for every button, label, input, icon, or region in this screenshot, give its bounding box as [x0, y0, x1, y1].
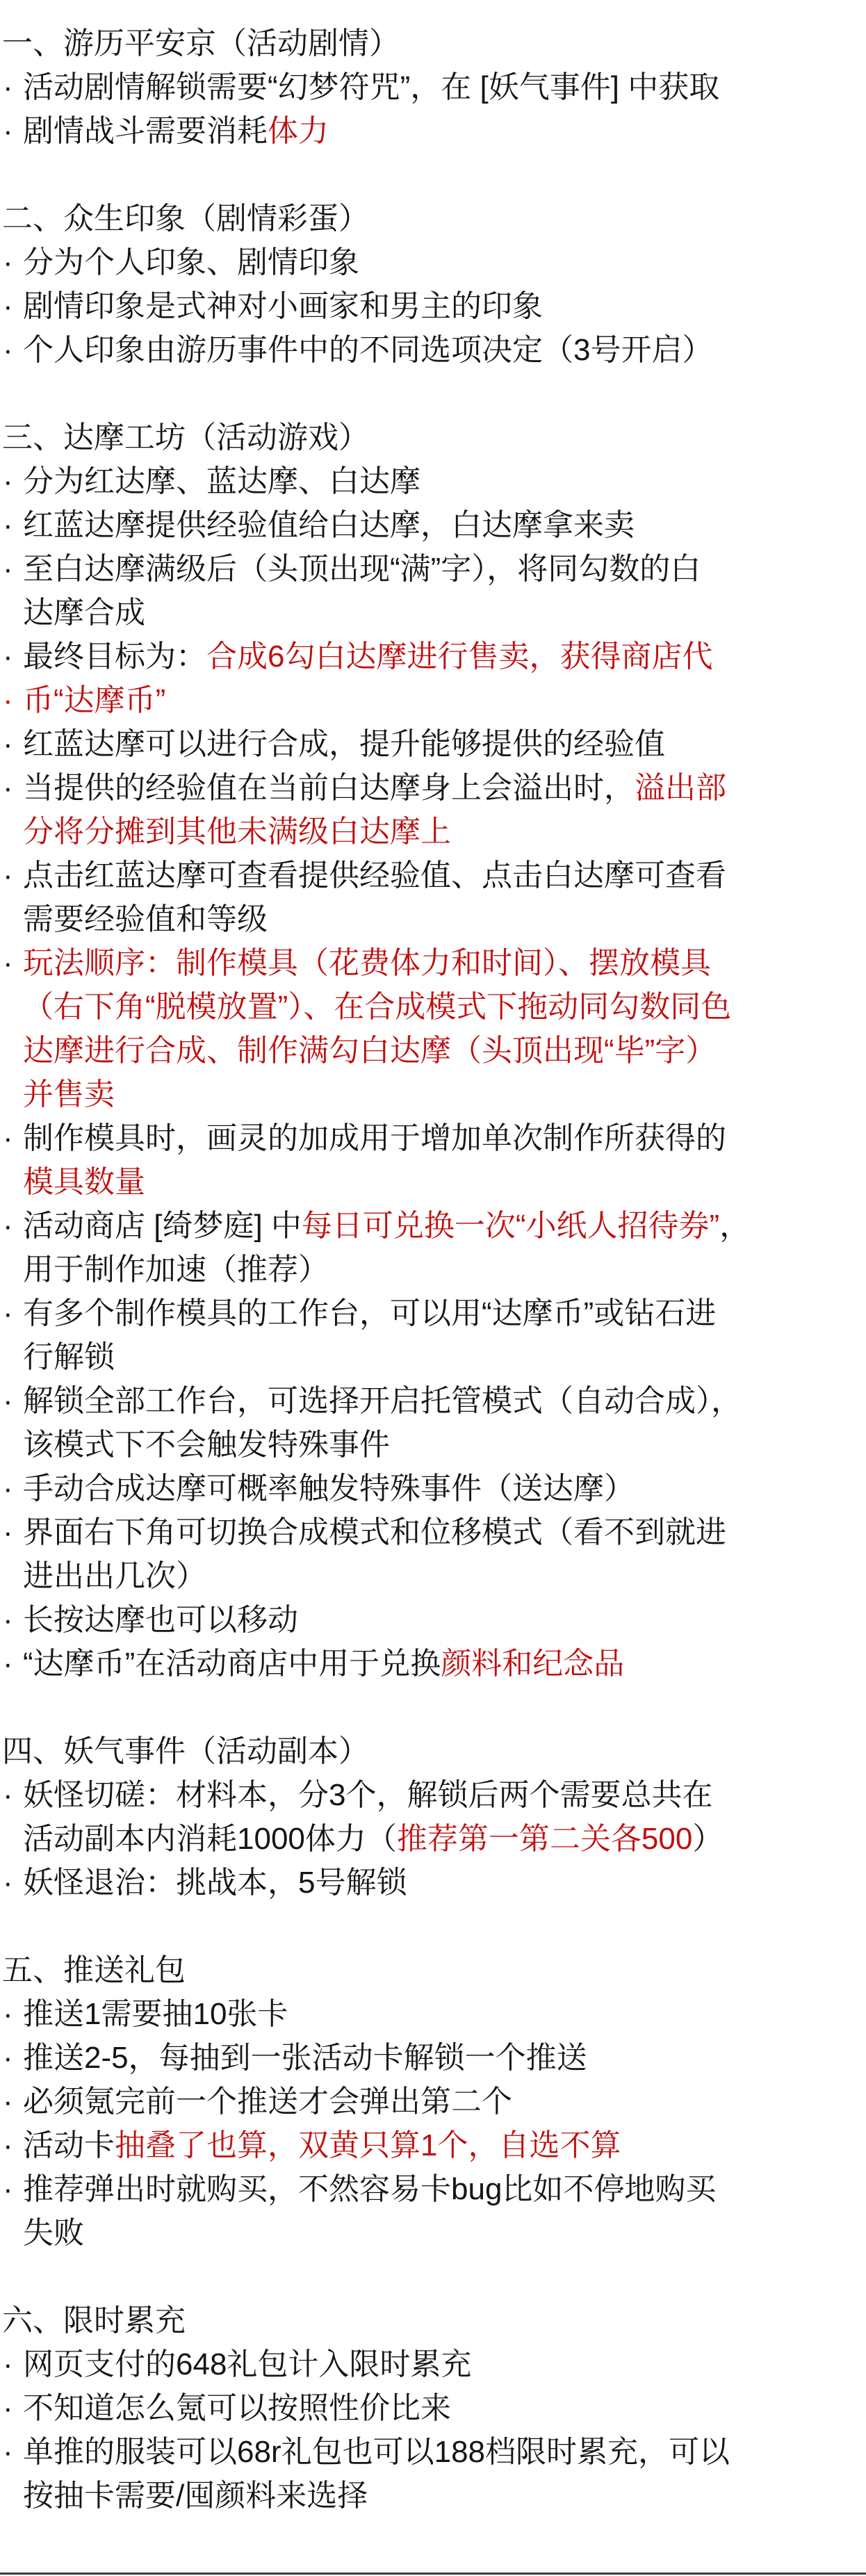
bullet-dot-icon: · [3, 503, 13, 547]
note-line: ·推荐弹出时就购买，不然容易卡bug比如不停地购买 [0, 2167, 866, 2211]
note-line: ·个人印象由游历事件中的不同选项决定（3号开启） [0, 328, 866, 372]
note-line: 分将分摊到其他未满级白达摩上 [0, 810, 866, 854]
bullet-dot-icon: · [3, 2167, 13, 2211]
bullet-dot-icon: · [3, 722, 13, 766]
body-text: “达摩币”在活动商店中用于兑换 [23, 1647, 441, 1681]
note-line: （右下角“脱模放置”）、在合成模式下拖动同勾数同色 [0, 985, 866, 1029]
body-text: 分为红达摩、蓝达摩、白达摩 [23, 464, 420, 498]
section-lines: ·网页支付的648礼包计入限时累充·不知道怎么氪可以按照性价比来·单推的服装可以… [0, 2342, 866, 2518]
note-line: ·推送1需要抽10张卡 [0, 1992, 866, 2036]
notes-document: 一、游历平安京（活动剧情） ·活动剧情解锁需要“幻梦符咒”，在 [妖气事件] 中… [0, 22, 866, 2518]
bullet-dot-icon: · [3, 2080, 13, 2123]
bullet-dot-icon: · [3, 2342, 13, 2386]
body-text: 推送1需要抽10张卡 [23, 1997, 288, 2031]
body-text: 推荐弹出时就购买，不然容易卡bug比如不停地购买 [23, 2172, 716, 2206]
note-line: ·至白达摩满级后（头顶出现“满”字），将同勾数的白 [0, 547, 866, 591]
highlight-text: （右下角“脱模放置”）、在合成模式下拖动同勾数同色 [23, 990, 731, 1024]
note-line: 用于制作加速（推荐） [0, 1248, 866, 1291]
section-tuisong-libao: 五、推送礼包 ·推送1需要抽10张卡·推送2-5，每抽到一张活动卡解锁一个推送·… [0, 1948, 866, 2255]
body-text: 剧情战斗需要消耗 [23, 114, 268, 148]
note-line: 该模式下不会触发特殊事件 [0, 1423, 866, 1467]
body-text: 最终目标为： [23, 639, 206, 674]
body-text: 妖怪退治：挑战本，5号解锁 [23, 1866, 407, 1900]
note-line: ·活动剧情解锁需要“幻梦符咒”，在 [妖气事件] 中获取 [0, 65, 866, 109]
bullet-dot-icon: · [3, 2036, 13, 2080]
body-text: 单推的服装可以68r礼包也可以188档限时累充，可以 [23, 2435, 730, 2469]
note-line: ·“达摩币”在活动商店中用于兑换颜料和纪念品 [0, 1642, 866, 1686]
note-line: ·必须氪完前一个推送才会弹出第二个 [0, 2080, 866, 2123]
section-lines: ·推送1需要抽10张卡·推送2-5，每抽到一张活动卡解锁一个推送·必须氪完前一个… [0, 1992, 866, 2255]
note-line: ·剧情印象是式神对小画家和男主的印象 [0, 284, 866, 328]
bullet-dot-icon: · [3, 2123, 13, 2167]
section-title: 六、限时累充 [0, 2299, 866, 2342]
bullet-dot-icon: · [3, 1379, 13, 1423]
highlight-text: 达摩进行合成、制作满勾白达摩（头顶出现“毕”字） [23, 1034, 716, 1068]
highlight-text: 抽叠了也算，双黄只算1个，自选不算 [115, 2128, 621, 2162]
note-line: ·玩法顺序：制作模具（花费体力和时间）、摆放模具 [0, 941, 866, 985]
note-line: ·分为红达摩、蓝达摩、白达摩 [0, 459, 866, 503]
section-xianshi-leichong: 六、限时累充 ·网页支付的648礼包计入限时累充·不知道怎么氪可以按照性价比来·… [0, 2299, 866, 2518]
highlight-text: 并售卖 [23, 1077, 115, 1111]
body-text: 必须氪完前一个推送才会弹出第二个 [23, 2085, 512, 2119]
section-title: 四、妖气事件（活动副本） [0, 1729, 866, 1773]
note-line: ·点击红蓝达摩可查看提供经验值、点击白达摩可查看 [0, 854, 866, 897]
highlight-text: 合成6勾白达摩进行售卖，获得商店代 [206, 639, 712, 674]
note-line: 并售卖 [0, 1073, 866, 1116]
note-line: ·最终目标为：合成6勾白达摩进行售卖，获得商店代 [0, 635, 866, 678]
note-line: ·网页支付的648礼包计入限时累充 [0, 2342, 866, 2386]
bullet-dot-icon: · [3, 2386, 13, 2430]
bullet-dot-icon: · [3, 1598, 13, 1642]
note-line: ·推送2-5，每抽到一张活动卡解锁一个推送 [0, 2036, 866, 2080]
highlight-text: 币“达摩币” [23, 683, 165, 717]
highlight-text: 颜料和纪念品 [441, 1647, 624, 1681]
note-line: ·分为个人印象、剧情印象 [0, 241, 866, 284]
highlight-text: 模具数量 [23, 1165, 145, 1199]
note-line: ·手动合成达摩可概率触发特殊事件（送达摩） [0, 1467, 866, 1510]
body-text: 至白达摩满级后（头顶出现“满”字），将同勾数的白 [23, 552, 701, 586]
bullet-dot-icon: · [3, 328, 13, 372]
highlight-text: 玩法顺序：制作模具（花费体力和时间）、摆放模具 [23, 946, 711, 980]
highlight-text: 体力 [268, 114, 329, 148]
note-line: ·活动卡抽叠了也算，双黄只算1个，自选不算 [0, 2123, 866, 2167]
section-lines: ·分为红达摩、蓝达摩、白达摩·红蓝达摩提供经验值给白达摩，白达摩拿来卖·至白达摩… [0, 459, 866, 1686]
bullet-dot-icon: · [3, 241, 13, 284]
body-text: 制作模具时，画灵的加成用于增加单次制作所获得的 [23, 1121, 726, 1155]
section-title: 五、推送礼包 [0, 1948, 866, 1992]
note-line: 失败 [0, 2211, 866, 2255]
body-text: 不知道怎么氪可以按照性价比来 [23, 2391, 451, 2425]
highlight-text: 每日可兑换一次“小纸人招待券” [302, 1209, 719, 1243]
body-text: 失败 [23, 2216, 84, 2250]
note-line: 进出出几次） [0, 1554, 866, 1598]
note-line: ·活动商店 [绮梦庭] 中每日可兑换一次“小纸人招待券”， [0, 1204, 866, 1248]
body-text: 手动合成达摩可概率触发特殊事件（送达摩） [23, 1472, 635, 1506]
note-line: 按抽卡需要/囤颜料来选择 [0, 2474, 866, 2518]
bullet-dot-icon: · [3, 854, 13, 897]
body-text: 妖怪切磋：材料本，分3个，解锁后两个需要总共在 [23, 1778, 712, 1812]
body-text: 需要经验值和等级 [23, 902, 268, 936]
note-line: ·有多个制作模具的工作台，可以用“达摩币”或钻石进 [0, 1291, 866, 1335]
body-text: 该模式下不会触发特殊事件 [23, 1428, 390, 1462]
note-line: ·币“达摩币” [0, 678, 866, 722]
bullet-dot-icon: · [3, 65, 13, 109]
bottom-divider [0, 2573, 866, 2575]
body-text: ， [719, 1209, 750, 1243]
body-text: 红蓝达摩提供经验值给白达摩，白达摩拿来卖 [23, 508, 635, 542]
bullet-dot-icon: · [3, 109, 13, 153]
bullet-dot-icon: · [3, 547, 13, 591]
section-lines: ·妖怪切磋：材料本，分3个，解锁后两个需要总共在活动副本内消耗1000体力（推荐… [0, 1773, 866, 1905]
bullet-dot-icon: · [3, 766, 13, 810]
bullet-dot-icon: · [3, 1861, 13, 1905]
bullet-dot-icon: · [3, 1467, 13, 1510]
body-text: 行解锁 [23, 1340, 115, 1374]
note-line: 模具数量 [0, 1160, 866, 1204]
note-line: 行解锁 [0, 1335, 866, 1379]
body-text: 推送2-5，每抽到一张活动卡解锁一个推送 [23, 2041, 587, 2075]
note-line: ·长按达摩也可以移动 [0, 1598, 866, 1642]
note-line: 活动副本内消耗1000体力（推荐第一第二关各500） [0, 1817, 866, 1861]
body-text: 界面右下角可切换合成模式和位移模式（看不到就进 [23, 1515, 726, 1549]
bullet-dot-icon: · [3, 284, 13, 328]
note-line: 达摩合成 [0, 591, 866, 635]
section-title: 一、游历平安京（活动剧情） [0, 22, 866, 65]
body-text: 活动剧情解锁需要“幻梦符咒”，在 [妖气事件] 中获取 [23, 70, 719, 104]
note-line: ·解锁全部工作台，可选择开启托管模式（自动合成）， [0, 1379, 866, 1423]
bullet-dot-icon: · [3, 1992, 13, 2036]
bullet-dot-icon: · [3, 678, 13, 722]
highlight-text: 溢出部 [635, 771, 726, 805]
note-line: ·红蓝达摩可以进行合成，提升能够提供的经验值 [0, 722, 866, 766]
body-text: 进出出几次） [23, 1559, 206, 1593]
note-line: ·红蓝达摩提供经验值给白达摩，白达摩拿来卖 [0, 503, 866, 547]
note-line: ·妖怪退治：挑战本，5号解锁 [0, 1861, 866, 1905]
body-text: 按抽卡需要/囤颜料来选择 [23, 2479, 368, 2513]
body-text: 红蓝达摩可以进行合成，提升能够提供的经验值 [23, 727, 665, 761]
body-text: 用于制作加速（推荐） [23, 1253, 329, 1287]
highlight-text: 分将分摊到其他未满级白达摩上 [23, 815, 451, 849]
section-youli-pinganjing: 一、游历平安京（活动剧情） ·活动剧情解锁需要“幻梦符咒”，在 [妖气事件] 中… [0, 22, 866, 153]
note-line: ·不知道怎么氪可以按照性价比来 [0, 2386, 866, 2430]
note-line: ·当提供的经验值在当前白达摩身上会溢出时，溢出部 [0, 766, 866, 810]
note-line: ·妖怪切磋：材料本，分3个，解锁后两个需要总共在 [0, 1773, 866, 1817]
section-yaoqi-shijian: 四、妖气事件（活动副本） ·妖怪切磋：材料本，分3个，解锁后两个需要总共在活动副… [0, 1729, 866, 1905]
section-zhongsheng-yinxiang: 二、众生印象（剧情彩蛋） ·分为个人印象、剧情印象·剧情印象是式神对小画家和男主… [0, 197, 866, 372]
note-line: ·制作模具时，画灵的加成用于增加单次制作所获得的 [0, 1116, 866, 1160]
body-text: 长按达摩也可以移动 [23, 1603, 298, 1637]
section-damo-gongfang: 三、达摩工坊（活动游戏） ·分为红达摩、蓝达摩、白达摩·红蓝达摩提供经验值给白达… [0, 416, 866, 1686]
bullet-dot-icon: · [3, 1291, 13, 1335]
bullet-dot-icon: · [3, 1642, 13, 1686]
note-line: 达摩进行合成、制作满勾白达摩（头顶出现“毕”字） [0, 1029, 866, 1073]
bullet-dot-icon: · [3, 1116, 13, 1160]
bullet-dot-icon: · [3, 635, 13, 678]
body-text: 活动卡 [23, 2128, 115, 2162]
body-text: 剧情印象是式神对小画家和男主的印象 [23, 289, 543, 323]
body-text: 点击红蓝达摩可查看提供经验值、点击白达摩可查看 [23, 858, 726, 892]
body-text: 达摩合成 [23, 596, 145, 630]
body-text: 分为个人印象、剧情印象 [23, 245, 359, 279]
note-line: 需要经验值和等级 [0, 897, 866, 941]
body-text: 解锁全部工作台，可选择开启托管模式（自动合成）， [23, 1384, 742, 1418]
highlight-text: 推荐第一第二关各500 [397, 1822, 692, 1856]
section-lines: ·活动剧情解锁需要“幻梦符咒”，在 [妖气事件] 中获取·剧情战斗需要消耗体力 [0, 65, 866, 153]
section-title: 三、达摩工坊（活动游戏） [0, 416, 866, 459]
body-text: 活动副本内消耗1000体力（ [23, 1822, 397, 1856]
note-line: ·剧情战斗需要消耗体力 [0, 109, 866, 153]
body-text: 当提供的经验值在当前白达摩身上会溢出时， [23, 771, 635, 805]
bullet-dot-icon: · [3, 1204, 13, 1248]
note-line: ·单推的服装可以68r礼包也可以188档限时累充，可以 [0, 2430, 866, 2474]
body-text: 个人印象由游历事件中的不同选项决定（3号开启） [23, 333, 712, 367]
section-title: 二、众生印象（剧情彩蛋） [0, 197, 866, 241]
section-lines: ·分为个人印象、剧情印象·剧情印象是式神对小画家和男主的印象·个人印象由游历事件… [0, 241, 866, 372]
bullet-dot-icon: · [3, 941, 13, 985]
bullet-dot-icon: · [3, 1773, 13, 1817]
body-text: 网页支付的648礼包计入限时累充 [23, 2347, 471, 2381]
bullet-dot-icon: · [3, 1510, 13, 1554]
body-text: ） [692, 1822, 723, 1856]
body-text: 活动商店 [绮梦庭] 中 [23, 1209, 302, 1243]
bullet-dot-icon: · [3, 2430, 13, 2474]
body-text: 有多个制作模具的工作台，可以用“达摩币”或钻石进 [23, 1296, 716, 1330]
bullet-dot-icon: · [3, 459, 13, 503]
note-line: ·界面右下角可切换合成模式和位移模式（看不到就进 [0, 1510, 866, 1554]
